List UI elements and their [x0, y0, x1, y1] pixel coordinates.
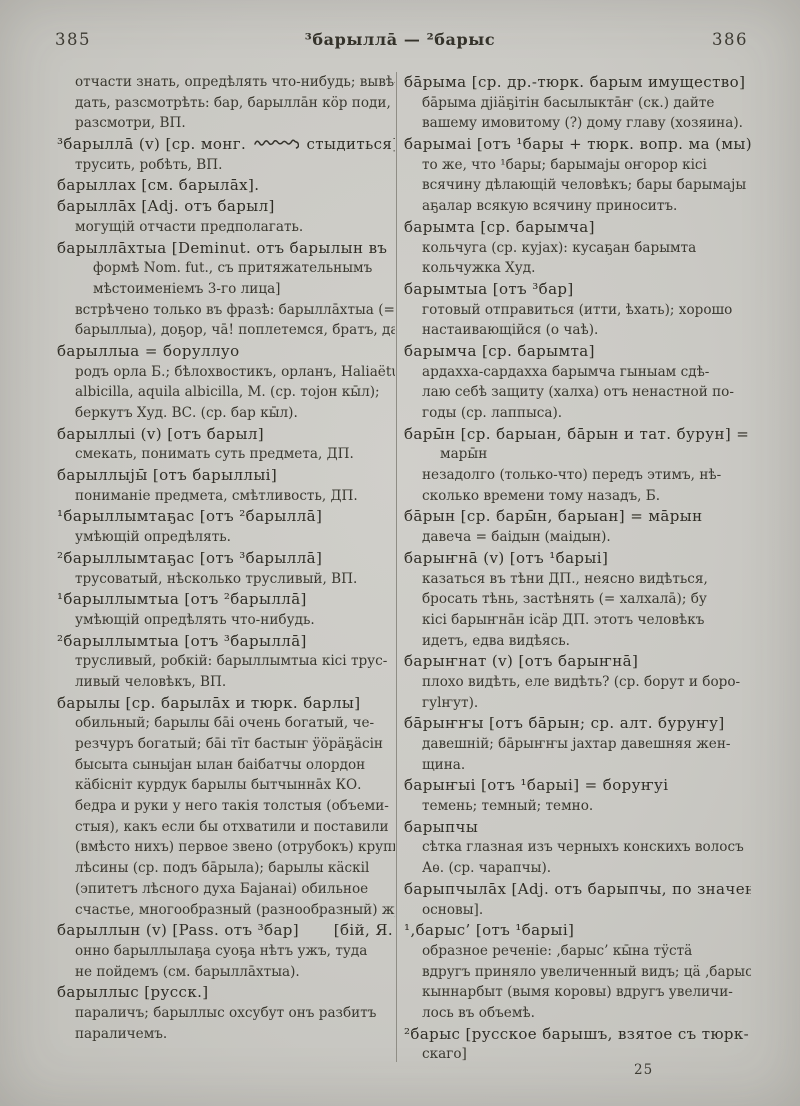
- hanging-continuation-text: [бій, Я.: [334, 920, 393, 941]
- headword-line: ²барыллымтаҕас [отъ ³барыллā]: [57, 548, 395, 569]
- headword-line: ²барыс [русское барышъ, взятое съ тюрк-: [404, 1024, 751, 1045]
- headword-line: барымаі [отъ ¹бары + тюрк. вопр. ма (мы)…: [404, 134, 751, 155]
- text-line: щина.: [404, 755, 751, 776]
- text-line: сѣтка глазная изъ черныхъ конскихъ волос…: [404, 837, 751, 858]
- signature-number: 25: [634, 1062, 653, 1078]
- headword-line: барыллыа = боруллуо: [57, 341, 395, 362]
- text-line: трусливый, робкій: барыллымтыа кісі трус…: [57, 651, 395, 672]
- text-line: резчуръ богатый; бāі тīт бастыҥ ӱӧрäҕäсі…: [57, 734, 395, 755]
- text-line: бысыта сыныjан ылан баібатчы олордон: [57, 755, 395, 776]
- headword-line: ¹барыллымтыа [отъ ²барыллā]: [57, 589, 395, 610]
- headword-line: ¹барыллымтаҕас [отъ ²барыллā]: [57, 506, 395, 527]
- text-line: трусить, робѣть, ВП.: [57, 155, 395, 176]
- text-line: смекать, понимать суть предмета, ДП.: [57, 444, 395, 465]
- text-line: встрѣчено только въ фразѣ: барыллāхтыа (…: [57, 300, 395, 321]
- text-line: настаивающійся (о чаѣ).: [404, 320, 751, 341]
- text-line: темень; темный; темно.: [404, 796, 751, 817]
- text-line: (эпитетъ лѣсного духа Баjанаі) обильное: [57, 879, 395, 900]
- headword-line: бāрын [ср. бары̄н, барыан] = мāрын: [404, 506, 751, 527]
- dictionary-page-scan: 385 ³барыллā — ²барыс 386 отчасти знать,…: [0, 0, 800, 1106]
- text-line: умѣющій опредѣлять.: [57, 527, 395, 548]
- headword-line: бары̄н [ср. барыан, бāрын и тат. бурун] …: [404, 424, 751, 445]
- text-line: пониманіе предмета, смѣтливость, ДП.: [57, 486, 395, 507]
- text-line: albicilla, aquila albicilla, М. (ср. тоj…: [57, 382, 395, 403]
- headword-line: ²барыллымтыа [отъ ³барыллā]: [57, 631, 395, 652]
- text-line: кольчуга (ср. куjах): кусаҕан барымта: [404, 238, 751, 259]
- headword-line: бāрыма [ср. др.-тюрк. барым имущество]: [404, 72, 751, 93]
- text-line: готовый отправиться (итти, ѣхать); хорош…: [404, 300, 751, 321]
- headword-line: барыҥыі [отъ ¹барыі] = боруҥуі: [404, 775, 751, 796]
- text-line: скаго]: [404, 1044, 751, 1065]
- text-line: могущій отчасти предполагать.: [57, 217, 395, 238]
- text-line: разсмотри, ВП.: [57, 113, 395, 134]
- text-line: кыннарбыт (вымя коровы) вдругъ увеличи-: [404, 982, 751, 1003]
- text-line: образное реченіе: ‚барыс’ кы̄на тӱстä: [404, 941, 751, 962]
- two-column-text-block: отчасти знать, опредѣлять что-нибудь; вы…: [57, 72, 751, 1065]
- headword-line: барымта [ср. барымча]: [404, 217, 751, 238]
- text-line: обильный; барылы бāі очень богатый, че-: [57, 713, 395, 734]
- text-line: всячину дѣлающій человѣкъ; бары барымаjы: [404, 175, 751, 196]
- text-line: лось въ объемѣ.: [404, 1003, 751, 1024]
- text-line: не пойдемъ (см. барыллāхтыа).: [57, 962, 395, 983]
- text-line: вдругъ приняло увеличенный видъ; цä ‚бар…: [404, 962, 751, 983]
- text-line: казаться въ тѣни ДП., неясно видѣться,: [404, 569, 751, 590]
- mongolian-script-glyph: [251, 135, 301, 153]
- text-line: бāрыма дjіäҕітін басылыктāҥ (ск.) дайте: [404, 93, 751, 114]
- headword-line: барыллыс [русск.]: [57, 982, 395, 1003]
- text-line: аҕалар всякую всячину приноситъ.: [404, 196, 751, 217]
- text-line: дать, разсмотрѣть: бар, барыллāн кӧр под…: [57, 93, 395, 114]
- text-line: кäбісніт курдук барылы бытчыннāх КО.: [57, 775, 395, 796]
- text-line: отчасти знать, опредѣлять что-нибудь; вы…: [57, 72, 395, 93]
- text-line: сколько времени тому назадъ, Б.: [404, 486, 751, 507]
- text-line: умѣющій опредѣлять что-нибудь.: [57, 610, 395, 631]
- text-line: идетъ, едва видѣясь.: [404, 631, 751, 652]
- text-line: параличъ; барыллыс охсубут онъ разбитъ: [57, 1003, 395, 1024]
- headword-line: барыллыjы̄ [отъ барыллыі]: [57, 465, 395, 486]
- headword-line: барыпчылāх [Adj. отъ барыпчы, по значені…: [404, 879, 751, 900]
- text-line: плохо видѣть, еле видѣть? (ср. борут и б…: [404, 672, 751, 693]
- text-line: кісі барыҥнāн ісäр ДП. этотъ человѣкъ: [404, 610, 751, 631]
- text-line: то же, что ¹бары; барымаjы оҥорор кісі: [404, 155, 751, 176]
- text-line: трусоватый, нѣсколько трусливый, ВП.: [57, 569, 395, 590]
- text-line: кольчужка Худ.: [404, 258, 751, 279]
- text-line: давеча = баідын (маідын).: [404, 527, 751, 548]
- right-column: бāрыма [ср. др.-тюрк. барым имущество]бā…: [404, 72, 751, 1065]
- headword-line: барыпчы: [404, 817, 751, 838]
- headword-line: барыҥнат (v) [отъ барыҥнā]: [404, 651, 751, 672]
- text-line: лаю себѣ защиту (халха) отъ ненастной по…: [404, 382, 751, 403]
- text-line: мѣстоименіемъ 3-го лица]: [57, 279, 395, 300]
- headword-line: барымча [ср. барымта]: [404, 341, 751, 362]
- text-line: ливый человѣкъ, ВП.: [57, 672, 395, 693]
- headword-line: барыллāх [Adj. отъ барыл]: [57, 196, 395, 217]
- headword-line: барыллын (v) [Pass. отъ ³бар][бій, Я.: [57, 920, 395, 941]
- text-line: гуlҥут).: [404, 693, 751, 714]
- text-line: бросать тѣнь, застѣнять (= халхалā); бу: [404, 589, 751, 610]
- page-number-right: 386: [712, 30, 748, 49]
- headword-line: ³барыллā (v) [ср. монг. стыдиться]: [57, 134, 395, 155]
- text-line: основы].: [404, 900, 751, 921]
- text-line: (вмѣсто нихъ) первое звено (отрубокъ) кр…: [57, 837, 395, 858]
- page-header: 385 ³барыллā — ²барыс 386: [0, 30, 800, 56]
- text-line: формѣ Nom. fut., съ притяжательнымъ: [57, 258, 395, 279]
- headword-line: барыллāхтыа [Deminut. отъ барылын въ: [57, 238, 395, 259]
- headword-line: барыллах [см. барылāх].: [57, 175, 395, 196]
- running-title: ³барыллā — ²барыс: [0, 30, 800, 49]
- column-divider-rule: [396, 72, 397, 1062]
- text-line: параличемъ.: [57, 1024, 395, 1045]
- headword-line: барыҥнā (v) [отъ ¹барыі]: [404, 548, 751, 569]
- left-column: отчасти знать, опредѣлять что-нибудь; вы…: [57, 72, 395, 1065]
- text-line: давешній; бāрыҥҥы jахтар давешняя жен-: [404, 734, 751, 755]
- text-line: незадолго (только-что) передъ этимъ, нѣ-: [404, 465, 751, 486]
- headword-line: барымтыа [отъ ³бар]: [404, 279, 751, 300]
- headword-line: бāрыҥҥы [отъ бāрын; ср. алт. буруҥу]: [404, 713, 751, 734]
- text-line: мары̄н: [404, 444, 751, 465]
- text-line: годы (ср. лаппыса).: [404, 403, 751, 424]
- text-line: лѣсины (ср. подъ бāрыла); барылы кäскіl: [57, 858, 395, 879]
- text-line: вашему имовитому (?) дому главу (хозяина…: [404, 113, 751, 134]
- text-line: родъ орла Б.; бѣлохвостикъ, орланъ, Hali…: [57, 362, 395, 383]
- text-line: Аѳ. (ср. чарапчы).: [404, 858, 751, 879]
- text-line: счастье, многообразный (разнообразный) ж…: [57, 900, 395, 921]
- headword-line: ¹‚барыс’ [отъ ¹барыі]: [404, 920, 751, 941]
- headword-line: барыллыі (v) [отъ барыл]: [57, 424, 395, 445]
- text-line: беркутъ Худ. ВС. (ср. бар кы̄л).: [57, 403, 395, 424]
- text-line: онно барыллылаҕа суоҕа нѣтъ ужъ, туда: [57, 941, 395, 962]
- text-line: стыя), какъ если бы отхватили и поставил…: [57, 817, 395, 838]
- text-line: ардахха-сардахха барымча гыныам сдѣ-: [404, 362, 751, 383]
- headword-line: барылы [ср. барылāх и тюрк. барлы]: [57, 693, 395, 714]
- text-line: барыллыа), доҕор, чā! поплетемся, братъ,…: [57, 320, 395, 341]
- text-line: бедра и руки у него такія толстыя (объем…: [57, 796, 395, 817]
